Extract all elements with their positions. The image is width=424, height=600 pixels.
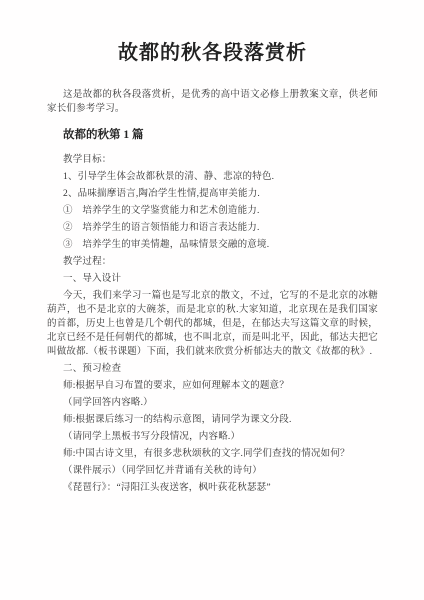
page-title: 故都的秋各段落赏析 xyxy=(47,40,378,66)
document-page: 故都的秋各段落赏析 这是故都的秋各段落赏析，是优秀的高中语文必修上册教案文章，供… xyxy=(0,0,424,600)
section-heading: 故都的秋第 1 篇 xyxy=(47,128,378,143)
paragraph-section-1-heading: 一、导入设计 xyxy=(47,272,378,286)
paragraph-subgoal-2: ② 培养学生的语言领悟能力和语言表达能力. xyxy=(47,221,378,235)
paragraph-teaching-process-label: 教学过程： xyxy=(47,255,378,269)
paragraph-goal-2: 2、品味揣摩语言,陶冶学生性情,提高审美能力. xyxy=(47,187,378,201)
paragraph-teaching-goals-label: 教学目标： xyxy=(47,153,378,167)
paragraph-student-answer-note-2: （请同学上黑板书写分段情况，内容略.） xyxy=(47,430,378,444)
paragraph-subgoal-3: ③ 培养学生的审美情趣，品味情景交融的意境. xyxy=(47,238,378,252)
intro-paragraph: 这是故都的秋各段落赏析，是优秀的高中语文必修上册教案文章，供老师家长们参考学习。 xyxy=(47,88,378,116)
paragraph-student-answer-note-1: （同学回答内容略.） xyxy=(47,396,378,410)
paragraph-teacher-question-3: 师:中国古诗文里，有很多悲秋颂秋的文字.同学们查找的情况如何？ xyxy=(47,447,378,461)
paragraph-teacher-question-2: 师:根据课后练习一的结构示意图，请同学为课文分段. xyxy=(47,413,378,427)
paragraph-lead-in: 今天，我们来学习一篇也是写北京的散文，不过，它写的不是北京的冰糖葫芦，也不是北京… xyxy=(47,289,378,359)
paragraph-teacher-question-1: 师:根据早自习布置的要求，应如何理解本文的题意？ xyxy=(47,379,378,393)
paragraph-section-2-heading: 二、预习检查 xyxy=(47,362,378,376)
paragraph-courseware-note: （课件展示）（同学回忆并背诵有关秋的诗句） xyxy=(47,464,378,478)
paragraph-subgoal-1: ① 培养学生的文学鉴赏能力和艺术创造能力. xyxy=(47,204,378,218)
paragraph-goal-1: 1、引导学生体会故都秋景的清、静、悲凉的特色. xyxy=(47,170,378,184)
paragraph-poem-quote: 《琵琶行》：“浔阳江头夜送客，枫叶荻花秋瑟瑟” xyxy=(47,481,378,495)
